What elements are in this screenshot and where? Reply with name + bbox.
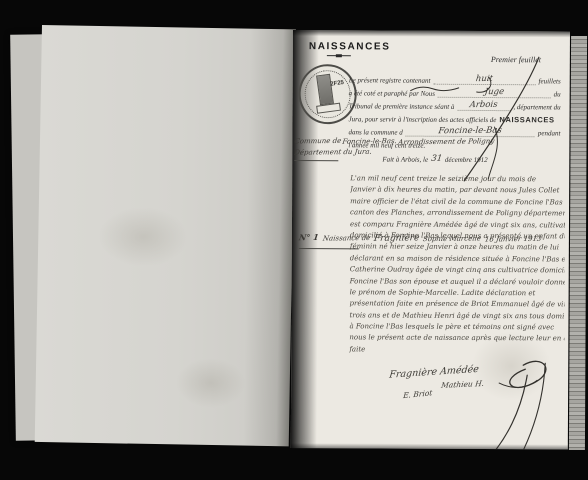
margin-commune-label: Commune de	[294, 136, 342, 147]
page-stain	[98, 206, 189, 268]
margin-rule	[294, 160, 338, 161]
fill-blank: huit	[433, 74, 535, 86]
act-line: faite	[349, 345, 564, 358]
form-line-1: Le présent registre contenant huit feuil…	[349, 72, 561, 85]
handwritten-fill: huit	[475, 74, 493, 84]
printed-text: pendant	[538, 129, 561, 137]
fill-blank: Arbois	[457, 100, 510, 111]
handwritten-fill: Juge	[484, 87, 505, 97]
printed-text: Tribunal de première instance séant à	[349, 102, 455, 111]
form-line-4: Jura, pour servir à l'inscription des ac…	[349, 111, 561, 124]
printed-text: du	[554, 90, 561, 98]
page-title: NAISSANCES	[309, 41, 391, 52]
page-bottom-shadow	[291, 443, 568, 449]
handwritten-fill: Foncine-le-Bas	[438, 126, 503, 137]
act-text-block: L'an mil neuf cent treize le seizième jo…	[349, 174, 565, 357]
sheet-number-label: Premier feuillet	[491, 55, 541, 64]
printed-text: Jura, pour servir à l'inscription des ac…	[349, 115, 497, 124]
printed-text: Le présent registre contenant	[349, 76, 431, 84]
printed-bold-text: NAISSANCES	[499, 115, 554, 124]
title-ornament-rule	[327, 55, 351, 56]
printed-text: feuillets	[539, 77, 561, 85]
form-line-2: a été coté et paraphé par Nous Juge du	[349, 85, 561, 98]
register-scan: NAISSANCES Premier feuillet 2F25 Le prés…	[0, 0, 588, 480]
form-line-3: Tribunal de première instance séant à Ar…	[349, 98, 561, 111]
printed-text: , département du	[513, 103, 560, 111]
margin-commune-name: Foncine-le-Bas.	[342, 136, 398, 147]
signature-witness-1: Mathieu H.	[441, 379, 485, 390]
fill-blank: Juge	[438, 87, 551, 99]
margin-location-block: Commune de Foncine-le-Bas. Arrondissemen…	[294, 136, 569, 162]
register-page: NAISSANCES Premier feuillet 2F25 Le prés…	[291, 30, 570, 449]
left-blank-page	[35, 25, 296, 446]
handwritten-fill: Arbois	[469, 100, 498, 110]
signature-witness-2: E. Briot	[403, 388, 433, 400]
printed-text: a été coté et paraphé par Nous	[349, 89, 435, 97]
page-top-shadow	[293, 30, 570, 37]
margin-arrondissement: Arrondissement de Poligny	[398, 136, 495, 147]
signature-declarant: Fragnière Amédée	[389, 364, 480, 381]
page-stain	[175, 357, 246, 408]
margin-departement: Département du Jura.	[294, 147, 373, 158]
book-fore-edge	[569, 36, 587, 450]
act-number: N° 1	[298, 232, 319, 243]
